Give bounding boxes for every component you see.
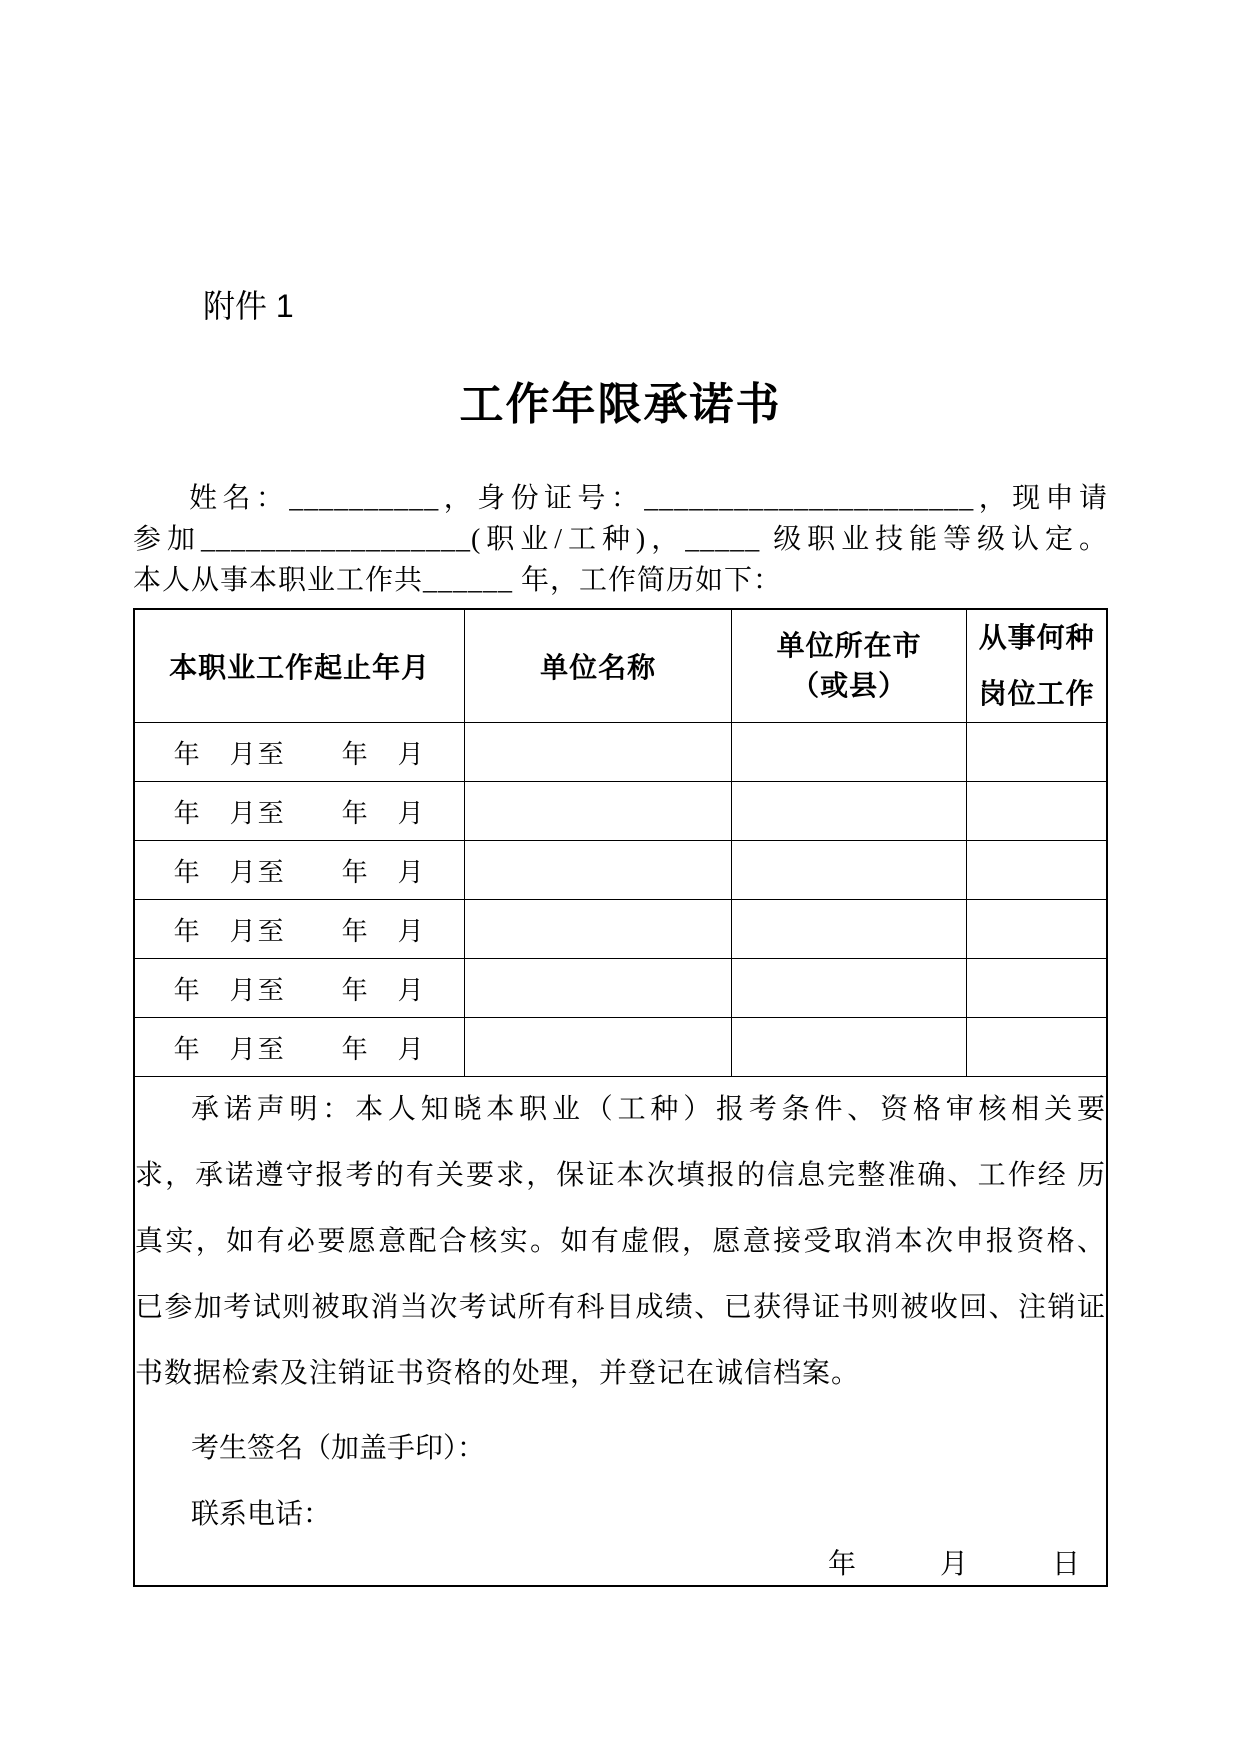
col-header-company: 单位名称 — [465, 609, 732, 723]
declaration-row: 承诺声明：本人知晓本职业（工种）报考条件、资格审核相关要 求，承诺遵守报考的有关… — [134, 1077, 1107, 1587]
company-cell — [465, 782, 732, 841]
table-row: 年 月至 年 月 — [134, 782, 1107, 841]
period-cell: 年 月至 年 月 — [134, 841, 465, 900]
period-cell: 年 月至 年 月 — [134, 1018, 465, 1077]
company-cell — [465, 1018, 732, 1077]
col-header-period: 本职业工作起止年月 — [134, 609, 465, 723]
period-cell: 年 月至 年 月 — [134, 782, 465, 841]
col-header-position: 从事何种 岗位工作 — [967, 609, 1107, 723]
city-cell — [731, 782, 966, 841]
city-cell — [731, 959, 966, 1018]
col-header-city: 单位所在市 （或县） — [731, 609, 966, 723]
page-title: 工作年限承诺书 — [133, 378, 1108, 432]
position-cell — [967, 782, 1107, 841]
company-cell — [465, 723, 732, 782]
declaration-line-2: 求，承诺遵守报考的有关要求，保证本次填报的信息完整准确、工作经 历 — [135, 1143, 1106, 1209]
declaration-line-5: 书数据检索及注销证书资格的处理，并登记在诚信档案。 — [135, 1341, 1106, 1407]
phone-label: 联系电话： — [135, 1495, 1106, 1535]
position-cell — [967, 723, 1107, 782]
intro-line-name-id: 姓名：__________，身份证号：_____________________… — [133, 478, 1108, 519]
intro-line-work-years: 本人从事本职业工作共______ 年，工作简历如下： — [133, 560, 1108, 601]
document-page: 附件 1 工作年限承诺书 姓名：__________，身份证号：________… — [0, 0, 1240, 1753]
date-line: 年 月 日 — [135, 1545, 1106, 1585]
table-row: 年 月至 年 月 — [134, 841, 1107, 900]
company-cell — [465, 959, 732, 1018]
city-cell — [731, 723, 966, 782]
position-cell — [967, 900, 1107, 959]
city-cell — [731, 1018, 966, 1077]
position-cell — [967, 959, 1107, 1018]
period-cell: 年 月至 年 月 — [134, 900, 465, 959]
intro-paragraph: 姓名：__________，身份证号：_____________________… — [133, 478, 1108, 601]
city-cell — [731, 900, 966, 959]
work-history-table: 本职业工作起止年月 单位名称 单位所在市 （或县） 从事何种 岗位工作 年 月至… — [133, 608, 1108, 1587]
company-cell — [465, 900, 732, 959]
attachment-label: 附件 1 — [203, 286, 294, 326]
signature-label: 考生签名（加盖手印）： — [135, 1429, 1106, 1469]
declaration-cell: 承诺声明：本人知晓本职业（工种）报考条件、资格审核相关要 求，承诺遵守报考的有关… — [134, 1077, 1107, 1587]
declaration-line-3: 真实，如有必要愿意配合核实。如有虚假，愿意接受取消本次申报资格、 — [135, 1209, 1106, 1275]
period-cell: 年 月至 年 月 — [134, 723, 465, 782]
intro-line-occupation-level: 参加__________________(职业/工种)，_____ 级职业技能等… — [133, 519, 1108, 560]
declaration-line-1: 承诺声明：本人知晓本职业（工种）报考条件、资格审核相关要 — [135, 1077, 1106, 1143]
position-cell — [967, 1018, 1107, 1077]
table-row: 年 月至 年 月 — [134, 1018, 1107, 1077]
company-cell — [465, 841, 732, 900]
table-row: 年 月至 年 月 — [134, 723, 1107, 782]
table-row: 年 月至 年 月 — [134, 959, 1107, 1018]
header-row: 本职业工作起止年月 单位名称 单位所在市 （或县） 从事何种 岗位工作 — [134, 609, 1107, 723]
position-cell — [967, 841, 1107, 900]
city-cell — [731, 841, 966, 900]
declaration-line-4: 已参加考试则被取消当次考试所有科目成绩、已获得证书则被收回、注销证 — [135, 1275, 1106, 1341]
table-row: 年 月至 年 月 — [134, 900, 1107, 959]
period-cell: 年 月至 年 月 — [134, 959, 465, 1018]
